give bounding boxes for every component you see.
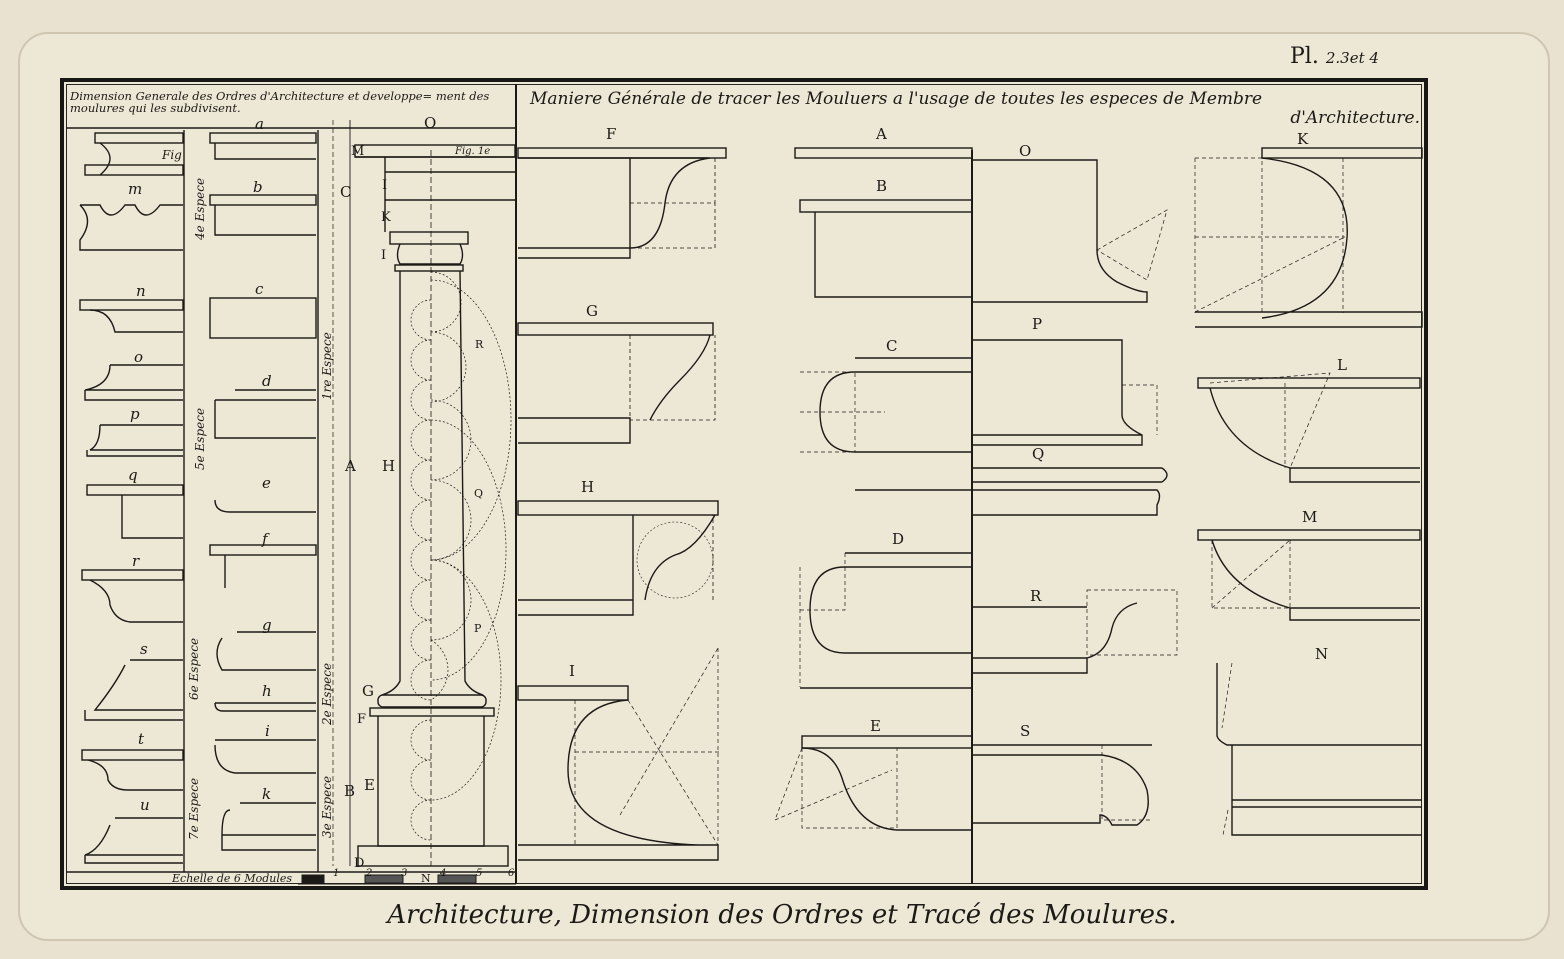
diagram-label-G: G [586,302,598,320]
diagram-label-S: S [1020,722,1030,740]
column-letter: E [364,776,375,794]
diagram-D [800,553,972,688]
diagram-label-N: N [1315,645,1328,663]
arc-letter: Q [474,487,483,500]
scale-tick: 4 [440,868,446,879]
column-letter: M [351,144,364,159]
scale-tick: 2 [366,868,372,879]
column-letter: N [421,872,431,885]
diagram-G [518,323,715,443]
molding-label: o [134,348,143,366]
scale-tick: 6 [508,868,514,879]
molding-label: m [128,180,142,198]
moldings-col1 [80,133,183,863]
diagram-label-O: O [1019,142,1031,160]
diagram-L [1198,373,1420,482]
right-panel-title: Maniere Générale de tracer les Mouluers … [530,90,1420,128]
molding-label: i [265,722,270,740]
column-letter: B [344,782,355,800]
molding-label: n [136,282,146,300]
diagram-I [518,648,720,860]
diagram-F [518,148,726,258]
column-letter: I [381,248,386,263]
engraving-drawing [0,0,1564,959]
column-letter: K [381,210,391,225]
molding-label: Fig [162,148,182,162]
diagram-label-R: R [1030,587,1041,605]
diagram-H [518,501,718,615]
diagram-label-B: B [876,177,887,195]
molding-label: k [262,785,271,803]
diagram-C [800,358,972,490]
diagram-M [1198,530,1420,620]
molding-label: a [255,115,264,133]
left-panel-title: Dimension Generale des Ordres d'Architec… [70,90,520,114]
plate-caption: Architecture, Dimension des Ordres et Tr… [0,900,1564,930]
column-letter: O [424,114,436,132]
diagram-label-F: F [606,125,616,143]
molding-label: b [253,178,263,196]
diagram-B [800,200,972,297]
arc-letter: P [474,622,481,635]
scale-tick: 3 [401,868,407,879]
diagram-label-H: H [581,478,594,496]
diagram-label-P: P [1032,315,1042,333]
diagram-R [972,590,1177,673]
molding-label: h [262,682,272,700]
diagram-K [1195,148,1422,327]
column-letter: C [340,183,351,201]
diagram-P [972,340,1157,445]
molding-label: p [130,405,140,423]
column-letter: D [354,856,364,871]
diagram-S [972,745,1152,825]
column-letter: F [357,712,366,727]
scale-label: Echelle de 6 Modules [172,872,292,885]
diagram-label-L: L [1337,356,1347,374]
diagram-A [795,148,972,158]
species-label: 4e Espece [193,178,207,240]
column-letter: H [382,457,395,475]
molding-label: d [262,372,272,390]
diagram-E [775,736,972,830]
molding-label: t [138,730,144,748]
molding-label: e [262,474,271,492]
diagram-label-D: D [892,530,904,548]
scale-tick: 1 [333,868,339,879]
molding-label: f [262,530,268,548]
diagram-N [1217,663,1422,835]
diagram-label-M: M [1302,508,1317,526]
species-label: 3e Espece [320,776,334,838]
arc-letter: R [475,338,483,351]
column-letter: G [362,682,374,700]
diagram-Q [972,468,1167,515]
diagram-label-A: A [876,125,887,143]
species-label: 2e Espece [320,663,334,725]
diagram-label-Q: Q [1032,445,1044,463]
molding-label: r [132,552,139,570]
column-letter: I [382,178,387,193]
column-order [333,120,515,866]
figure-label: Fig. 1e [455,146,490,157]
diagram-label-I: I [569,662,575,680]
molding-label: c [255,280,263,298]
molding-label: q [128,466,138,484]
diagram-label-E: E [870,717,881,735]
molding-label: g [262,616,272,634]
diagram-label-K: K [1297,130,1308,148]
species-label: 7e Espece [187,778,201,840]
column-letter: A [345,457,356,475]
species-label: 6e Espece [187,638,201,700]
molding-label: s [140,640,148,658]
species-label: 1re Espece [320,332,334,400]
diagram-O [972,160,1167,302]
molding-label: u [140,796,150,814]
diagram-label-C: C [886,337,897,355]
scale-tick: 5 [476,868,482,879]
species-label: 5e Espece [193,408,207,470]
